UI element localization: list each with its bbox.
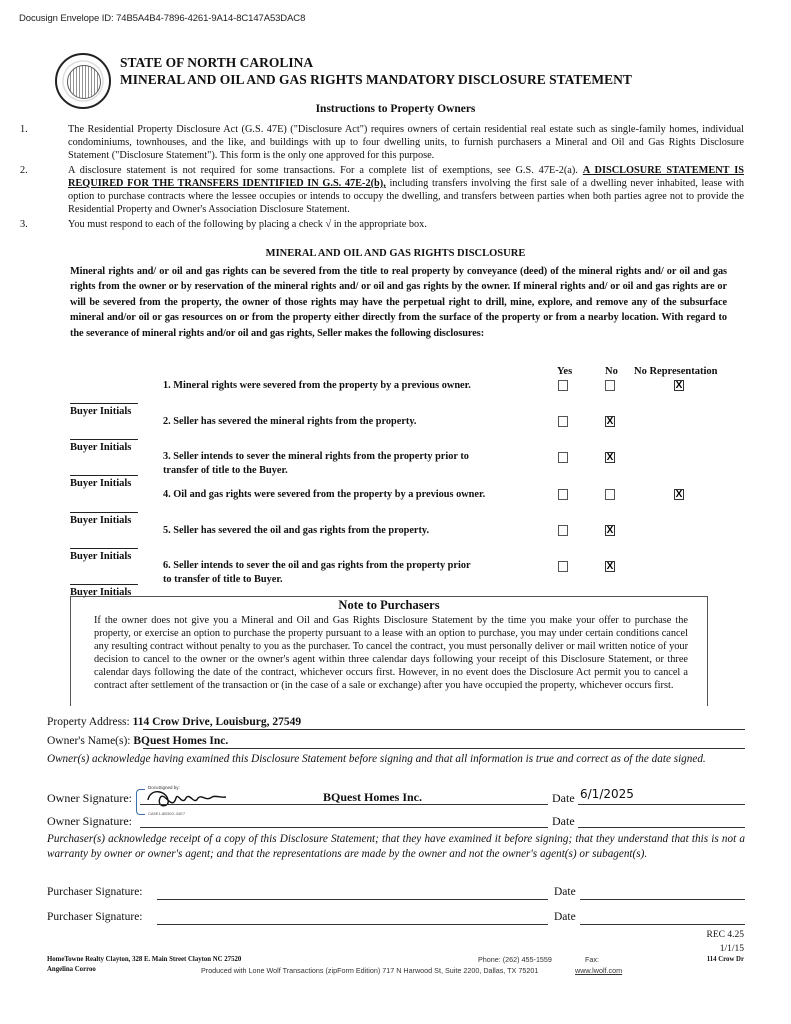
disclosure-question-row: Buyer Initials5. Seller has severed the … — [0, 520, 791, 556]
question-text: 4. Oil and gas rights were severed from … — [163, 488, 485, 502]
checkbox-no[interactable]: X — [605, 452, 615, 463]
title-form: MINERAL AND OIL AND GAS RIGHTS MANDATORY… — [120, 72, 632, 88]
disclosure-paragraph: Mineral rights and/ or oil and gas right… — [70, 264, 727, 341]
title-state: STATE OF NORTH CAROLINA — [120, 55, 313, 71]
owner-names-value[interactable]: BQuest Homes Inc. — [133, 735, 228, 747]
file-reference: 114 Crow Dr — [707, 956, 744, 963]
owner-names-label: Owner's Name(s): — [47, 735, 131, 747]
note-to-purchasers: Note to Purchasers If the owner does not… — [70, 596, 708, 706]
buyer-initials-line[interactable] — [70, 584, 138, 585]
buyer-initials-line[interactable] — [70, 512, 138, 513]
produced-by: Produced with Lone Wolf Transactions (zi… — [201, 966, 538, 975]
disclosure-question-row: Buyer Initials6. Seller intends to sever… — [0, 556, 791, 592]
owner-date-value-1[interactable]: 6/1/2025 — [580, 787, 634, 801]
form-date: 1/1/15 — [720, 944, 744, 954]
checkbox-no[interactable]: X — [605, 525, 615, 536]
question-text: 2. Seller has severed the mineral rights… — [163, 415, 416, 429]
lone-wolf-link[interactable]: www.lwolf.com — [575, 966, 622, 975]
buyer-initials-line[interactable] — [70, 439, 138, 440]
disclosure-question-row: Buyer Initials1. Mineral rights were sev… — [0, 375, 791, 411]
checkbox-no[interactable]: X — [605, 416, 615, 427]
buyer-initials-line[interactable] — [70, 548, 138, 549]
purchaser-signature-line-2[interactable] — [157, 924, 548, 925]
checkbox-no[interactable]: X — [605, 561, 615, 572]
fax: Fax: — [585, 955, 599, 964]
question-text: 3. Seller intends to sever the mineral r… — [163, 450, 469, 478]
purchaser-signature-label-2: Purchaser Signature: — [47, 911, 745, 923]
owner-names-line — [143, 748, 745, 749]
docusign-envelope-id: Docusign Envelope ID: 74B5A4B4-7896-4261… — [19, 13, 305, 24]
purchaser-acknowledgment: Purchaser(s) acknowledge receipt of a co… — [47, 832, 745, 862]
agent-name: Angelina Corroo — [47, 966, 96, 973]
checkbox-yes[interactable] — [558, 380, 568, 391]
note-heading: Note to Purchasers — [71, 598, 707, 613]
property-address-label: Property Address: — [47, 716, 130, 728]
purchaser-signature-line-1[interactable] — [157, 899, 548, 900]
brokerage-info: HomeTowne Realty Clayton, 328 E. Main St… — [47, 956, 241, 963]
property-address-row: Property Address: 114 Crow Drive, Louisb… — [47, 716, 745, 728]
docusign-signature[interactable]: DocuSigned by: CA5E1-8B30G-34E7 — [136, 786, 236, 816]
disclosure-question-row: Buyer Initials3. Seller intends to sever… — [0, 447, 791, 483]
instruction-item: 2. A disclosure statement is not require… — [20, 164, 744, 216]
instructions-list: 1. The Residential Property Disclosure A… — [20, 123, 744, 231]
owner-date-line-2[interactable] — [578, 827, 745, 828]
checkbox-yes[interactable] — [558, 489, 568, 500]
owner-names-row: Owner's Name(s): BQuest Homes Inc. — [47, 735, 745, 747]
question-text: 1. Mineral rights were severed from the … — [163, 379, 471, 393]
instructions-heading: Instructions to Property Owners — [0, 103, 791, 115]
purchaser-date-line-2[interactable] — [580, 924, 745, 925]
disclosure-heading: MINERAL AND OIL AND GAS RIGHTS DISCLOSUR… — [0, 248, 791, 259]
purchaser-date-label-1: Date — [554, 886, 576, 898]
checkbox-no-representation[interactable]: X — [674, 489, 684, 500]
checkbox-yes[interactable] — [558, 561, 568, 572]
owner-signature-name-1: BQuest Homes Inc. — [323, 790, 422, 805]
buyer-initials-line[interactable] — [70, 475, 138, 476]
owner-date-label-2: Date — [552, 814, 575, 829]
property-address-value[interactable]: 114 Crow Drive, Louisburg, 27549 — [133, 716, 301, 728]
buyer-initials-line[interactable] — [70, 403, 138, 404]
instruction-item: 3. You must respond to each of the follo… — [20, 218, 744, 231]
note-text: If the owner does not give you a Mineral… — [94, 614, 688, 692]
checkbox-yes[interactable] — [558, 525, 568, 536]
question-text: 5. Seller has severed the oil and gas ri… — [163, 524, 429, 538]
purchaser-signature-label-1: Purchaser Signature: — [47, 886, 745, 898]
disclosure-question-row: Buyer Initials2. Seller has severed the … — [0, 411, 791, 447]
checkbox-yes[interactable] — [558, 452, 568, 463]
owner-date-line-1 — [578, 804, 745, 805]
purchaser-date-line-1[interactable] — [580, 899, 745, 900]
checkbox-yes[interactable] — [558, 416, 568, 427]
form-code: REC 4.25 — [707, 930, 744, 940]
owner-date-label-1: Date — [552, 791, 575, 806]
nc-seal-icon — [55, 53, 111, 109]
property-address-line — [143, 729, 745, 730]
checkbox-no[interactable] — [605, 380, 615, 391]
instruction-item: 1. The Residential Property Disclosure A… — [20, 123, 744, 162]
checkbox-no-representation[interactable]: X — [674, 380, 684, 391]
question-text: 6. Seller intends to sever the oil and g… — [163, 559, 471, 587]
owner-signature-line-2[interactable] — [140, 827, 548, 828]
owner-acknowledgment: Owner(s) acknowledge having examined thi… — [47, 752, 745, 767]
disclosure-question-row: Buyer Initials4. Oil and gas rights were… — [0, 484, 791, 520]
phone: Phone: (262) 455-1559 — [478, 955, 552, 964]
purchaser-date-label-2: Date — [554, 911, 576, 923]
checkbox-no[interactable] — [605, 489, 615, 500]
